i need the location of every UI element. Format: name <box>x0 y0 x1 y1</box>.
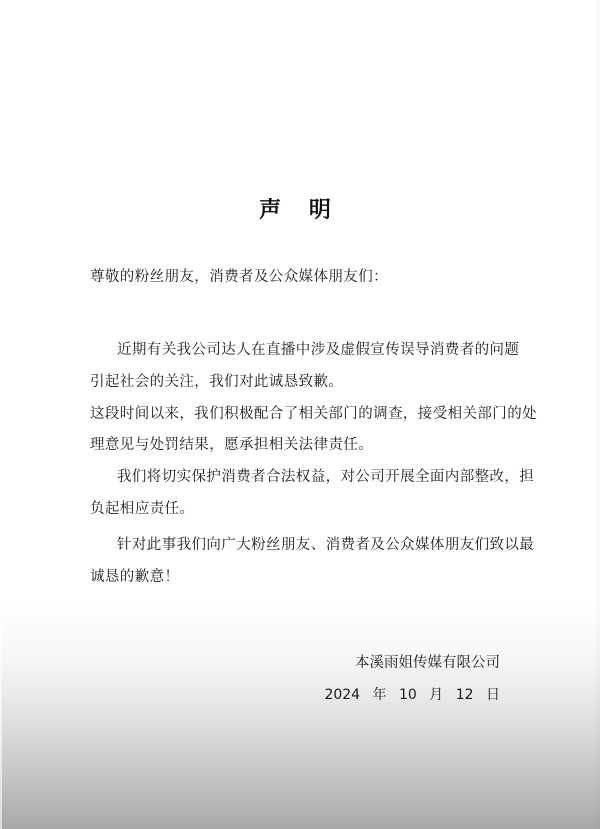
paragraph-2-line-2: 理意见与处罚结果，愿承担相关法律责任。 <box>90 433 373 454</box>
paragraph-3-line-1: 我们将切实保护消费者合法权益，对公司开展全面内部整改，担 <box>117 465 534 486</box>
paragraph-4-line-1: 针对此事我们向广大粉丝朋友、消费者及公众媒体朋友们致以最 <box>117 533 534 554</box>
date-day-unit: 日 <box>486 687 500 703</box>
date-day: 12 <box>456 687 474 703</box>
paragraph-2-line-1: 这段时间以来，我们积极配合了相关部门的调查，接受相关部门的处 <box>90 402 537 423</box>
paragraph-1-line-2: 引起社会的关注，我们对此诚恳致歉。 <box>90 370 343 391</box>
paragraph-3-line-2: 负起相应责任。 <box>90 497 194 518</box>
page-right-edge <box>594 0 600 829</box>
page-left-edge <box>0 0 2 829</box>
statement-date: 2024 年 10 月 12 日 <box>324 684 500 704</box>
paragraph-1-line-1: 近期有关我公司达人在直播中涉及虚假宣传误导消费者的问题 <box>117 338 519 359</box>
company-signature: 本溪雨姐传媒有限公司 <box>355 651 500 672</box>
date-year: 2024 <box>324 687 360 703</box>
date-month: 10 <box>399 687 417 703</box>
document-title: 声 明 <box>0 193 600 224</box>
date-year-unit: 年 <box>373 687 387 703</box>
salutation: 尊敬的粉丝朋友，消费者及公众媒体朋友们： <box>90 265 388 286</box>
document-page: 声 明 尊敬的粉丝朋友，消费者及公众媒体朋友们： 近期有关我公司达人在直播中涉及… <box>0 0 600 829</box>
date-month-unit: 月 <box>429 687 443 703</box>
paragraph-4-line-2: 诚恳的歉意！ <box>90 565 179 586</box>
